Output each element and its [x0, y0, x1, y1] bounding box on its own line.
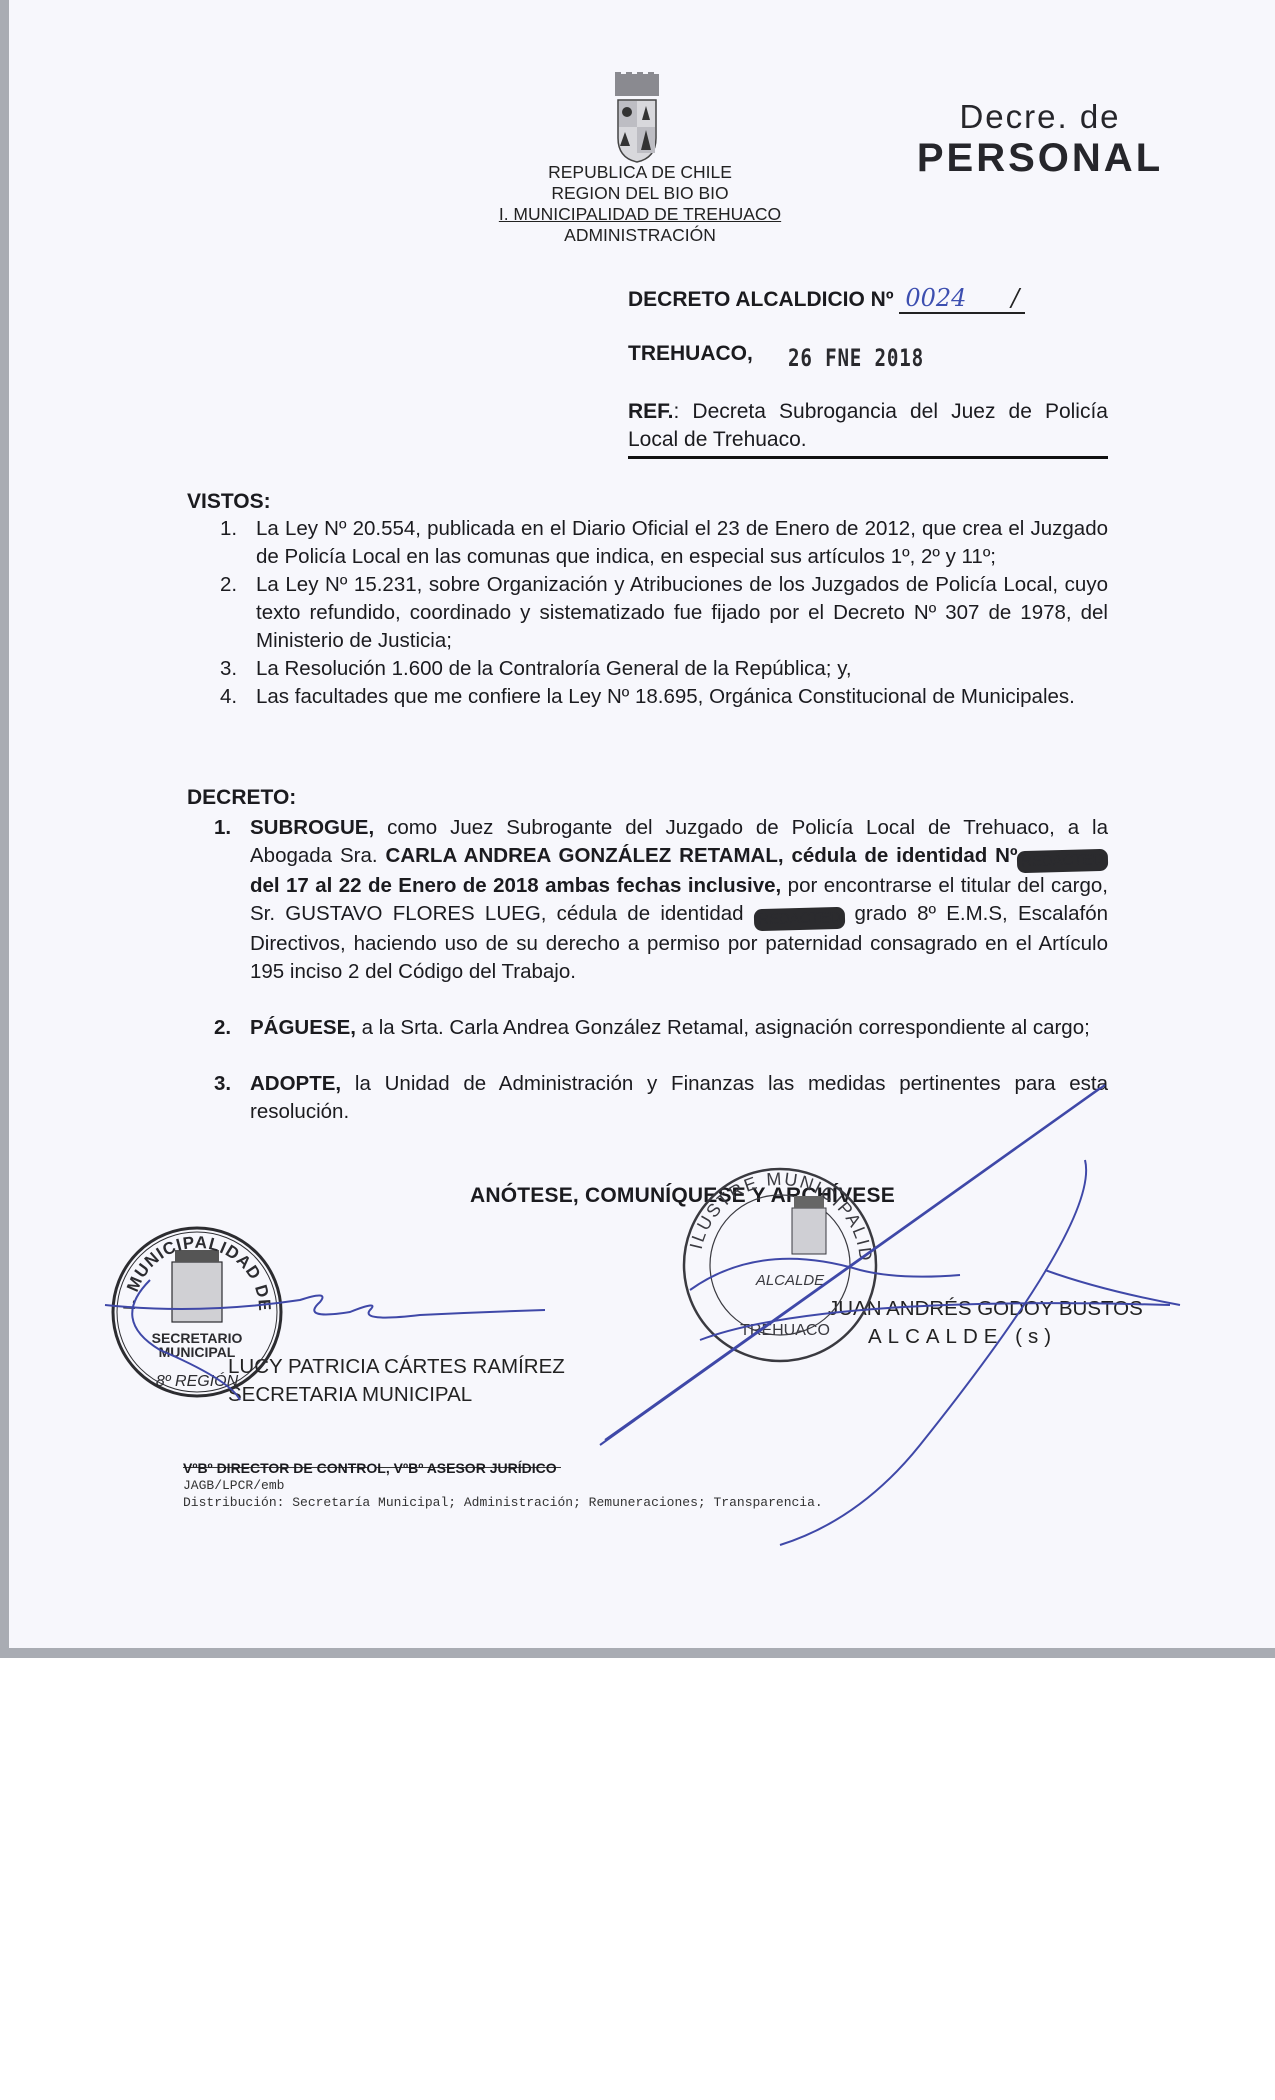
approval-label: VºBº DIRECTOR DE CONTROL, VºBº ASESOR JU… — [183, 1460, 557, 1476]
list-item: 1. SUBROGUE, como Juez Subrogante del Ju… — [214, 814, 1108, 986]
distribution-list: Distribución: Secretaría Municipal; Admi… — [183, 1495, 823, 1510]
date-stamp: 26 FNE 2018 — [788, 344, 924, 372]
signer-role: ALCALDE (s) — [828, 1323, 1143, 1351]
vistos-list: 1. La Ley Nº 20.554, publicada en el Dia… — [220, 515, 1108, 711]
decreto-list: 1. SUBROGUE, como Juez Subrogante del Ju… — [214, 814, 1108, 1126]
list-item: 3. ADOPTE, la Unidad de Administración y… — [214, 1070, 1108, 1126]
ref-text: : Decreta Subrogancia del Juez de Policí… — [628, 400, 1108, 451]
stamp-line-1: Decre. de — [890, 98, 1190, 136]
decree-reference: REF.: Decreta Subrogancia del Juez de Po… — [628, 398, 1108, 459]
list-item: 2. La Ley Nº 15.231, sobre Organización … — [220, 571, 1108, 655]
org-line: ADMINISTRACIÓN — [470, 225, 810, 246]
signer-name: JUAN ANDRÉS GODOY BUSTOS — [828, 1295, 1143, 1323]
initials: JAGB/LPCR/emb — [183, 1478, 284, 1493]
decree-number-handwritten: 0024 / — [899, 284, 1025, 314]
department-stamp: Decre. de PERSONAL — [890, 98, 1190, 180]
redacted-id: REDACTED — [753, 907, 844, 931]
directive-verb: ADOPTE, — [250, 1072, 341, 1095]
signer-role: SECRETARIA MUNICIPAL — [222, 1381, 565, 1409]
list-item: 1. La Ley Nº 20.554, publicada en el Dia… — [220, 515, 1108, 571]
vistos-heading: VISTOS: — [187, 490, 271, 514]
signature-block-secretary: LUCY PATRICIA CÁRTES RAMÍREZ SECRETARIA … — [222, 1353, 565, 1409]
list-item: 2. PÁGUESE, a la Srta. Carla Andrea Gonz… — [214, 1014, 1108, 1042]
org-line: REPUBLICA DE CHILE — [470, 162, 810, 183]
issuing-organization: REPUBLICA DE CHILE REGION DEL BIO BIO I.… — [470, 162, 810, 246]
closing-formula: ANÓTESE, COMUNÍQUESE Y ARCHÍVESE — [470, 1184, 895, 1208]
list-item: 4. Las facultades que me confiere la Ley… — [220, 683, 1108, 711]
signer-name: LUCY PATRICIA CÁRTES RAMÍREZ — [222, 1353, 565, 1381]
directive-verb: SUBROGUE, — [250, 816, 374, 839]
org-line: I. MUNICIPALIDAD DE TREHUACO — [470, 204, 810, 225]
stamp-line-2: PERSONAL — [890, 136, 1190, 180]
list-item: 3. La Resolución 1.600 de la Contraloría… — [220, 655, 1108, 683]
decree-number: DECRETO ALCALDICIO Nº 0024 / — [628, 284, 1025, 314]
signature-block-mayor: JUAN ANDRÉS GODOY BUSTOS ALCALDE (s) — [828, 1295, 1143, 1351]
decreto-heading: DECRETO: — [187, 786, 296, 810]
decree-number-label: DECRETO ALCALDICIO Nº — [628, 288, 894, 311]
redacted-id: REDACTED — [1017, 849, 1108, 873]
directive-verb: PÁGUESE, — [250, 1016, 356, 1039]
decree-place: TREHUACO, — [628, 342, 753, 366]
ref-label: REF. — [628, 400, 674, 423]
municipal-crest-icon — [612, 72, 662, 164]
org-line: REGION DEL BIO BIO — [470, 183, 810, 204]
